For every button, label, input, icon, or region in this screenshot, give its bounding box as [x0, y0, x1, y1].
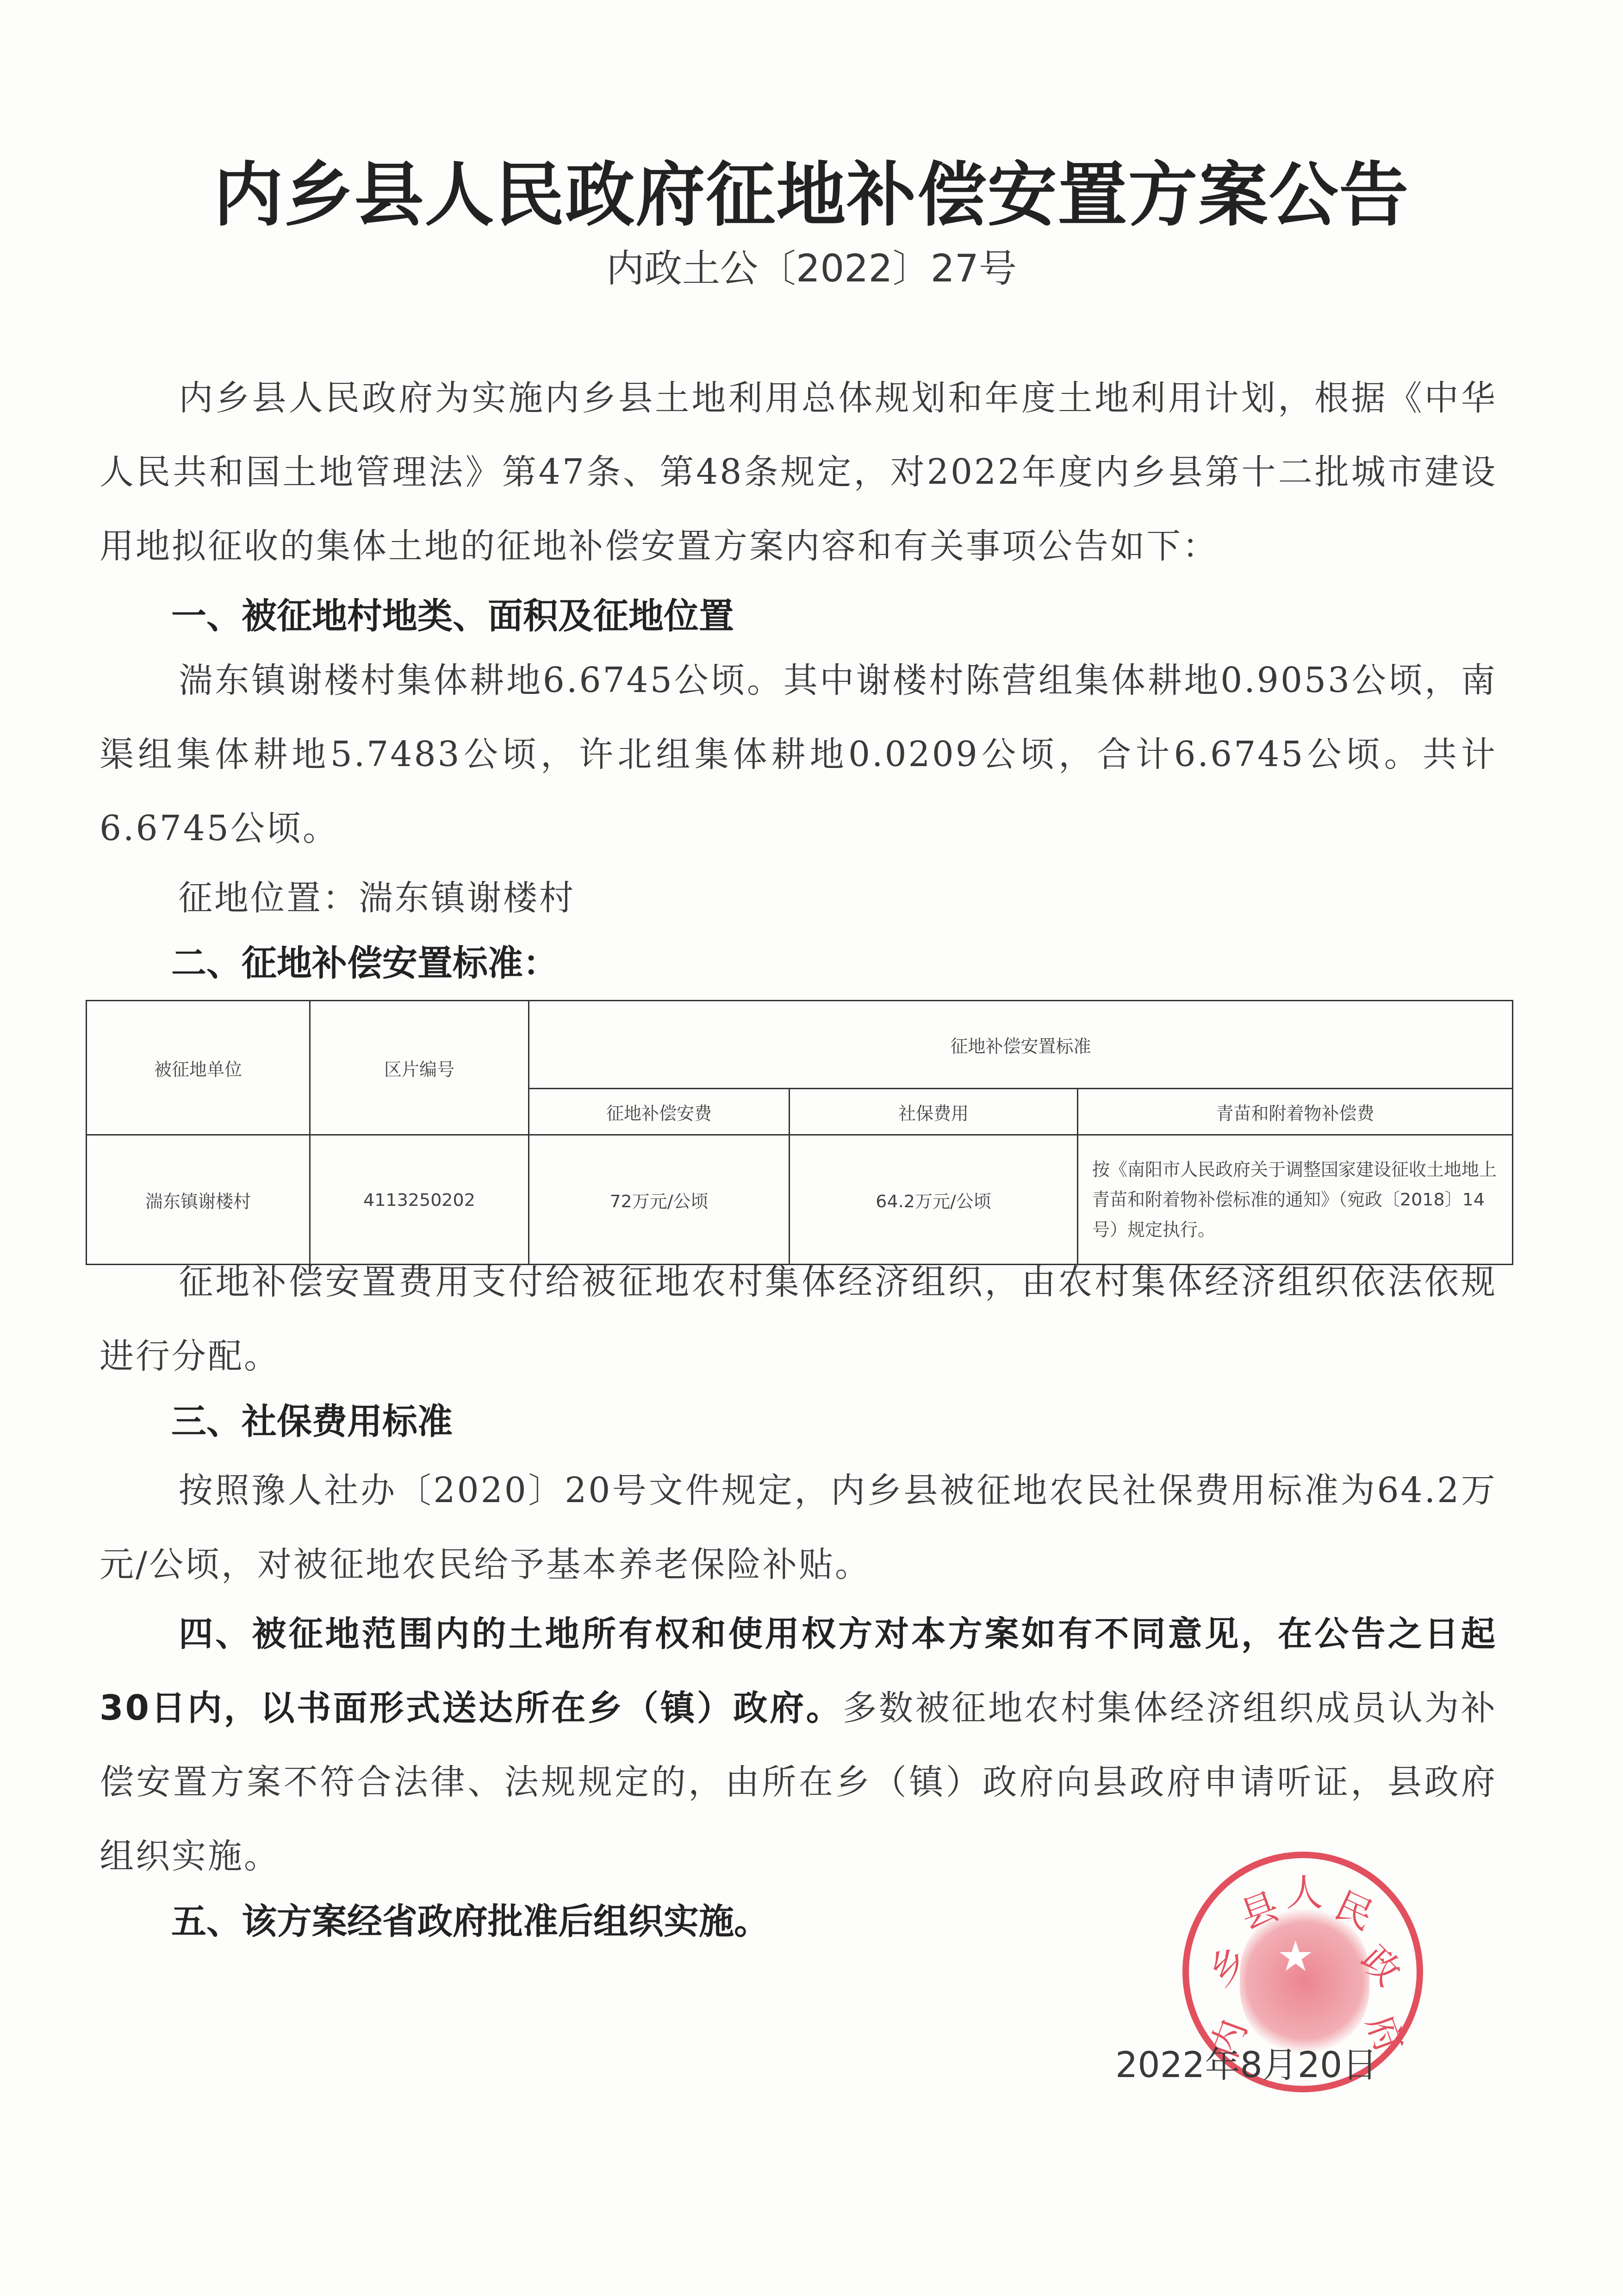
th-crops-attachments: 青苗和附着物补偿费 [1078, 1089, 1513, 1135]
seal-char: 人 [1286, 1863, 1323, 1916]
compensation-standard-table: 被征地单位 区片编号 征地补偿安置标准 征地补偿安费 社保费用 青苗和附着物补偿… [86, 1000, 1513, 1265]
star-icon: ★ [1277, 1932, 1314, 1981]
section1-body: 湍东镇谢楼村集体耕地6.6745公顷。其中谢楼村陈营组集体耕地0.9053公顷，… [99, 643, 1497, 866]
section1-location: 征地位置：湍东镇谢楼村 [99, 861, 1497, 935]
th-social-security: 社保费用 [790, 1089, 1078, 1135]
page-title: 内乡县人民政府征地补偿安置方案公告 [0, 139, 1623, 239]
section4-body: 四、被征地范围内的土地所有权和使用权方对本方案如有不同意见，在公告之日起30日内… [99, 1597, 1497, 1893]
section2-heading: 二、征地补偿安置标准： [171, 935, 558, 986]
section1-text: 湍东镇谢楼村集体耕地6.6745公顷。其中谢楼村陈营组集体耕地0.9053公顷，… [99, 661, 1497, 849]
th-zone-code: 区片编号 [310, 1001, 529, 1135]
section2-after-text: 征地补偿安置费用支付给被征地农村集体经济组织，由农村集体经济组织依法依规进行分配… [99, 1262, 1497, 1376]
section3-body: 按照豫人社办〔2020〕20号文件规定，内乡县被征地农民社保费用标准为64.2万… [99, 1454, 1497, 1602]
section1-heading: 一、被征地村地类、面积及征地位置 [171, 588, 734, 638]
document-number: 内政土公〔2022〕27号 [0, 238, 1623, 293]
intro-paragraph: 内乡县人民政府为实施内乡县土地利用总体规划和年度土地利用计划，根据《中华人民共和… [99, 361, 1497, 583]
issue-date: 2022年8月20日 [1115, 2037, 1377, 2087]
location-text: 征地位置：湍东镇谢楼村 [178, 878, 575, 918]
th-unit: 被征地单位 [87, 1001, 310, 1135]
intro-text: 内乡县人民政府为实施内乡县土地利用总体规划和年度土地利用计划，根据《中华人民共和… [99, 378, 1497, 566]
th-compensation-fee: 征地补偿安费 [529, 1089, 790, 1135]
section3-heading: 三、社保费用标准 [171, 1393, 453, 1444]
section2-after: 征地补偿安置费用支付给被征地农村集体经济组织，由农村集体经济组织依法依规进行分配… [99, 1245, 1497, 1393]
section3-text: 按照豫人社办〔2020〕20号文件规定，内乡县被征地农民社保费用标准为64.2万… [99, 1471, 1497, 1585]
th-standard-group: 征地补偿安置标准 [529, 1001, 1513, 1089]
section5-heading: 五、该方案经省政府批准后组织实施。 [171, 1893, 769, 1944]
